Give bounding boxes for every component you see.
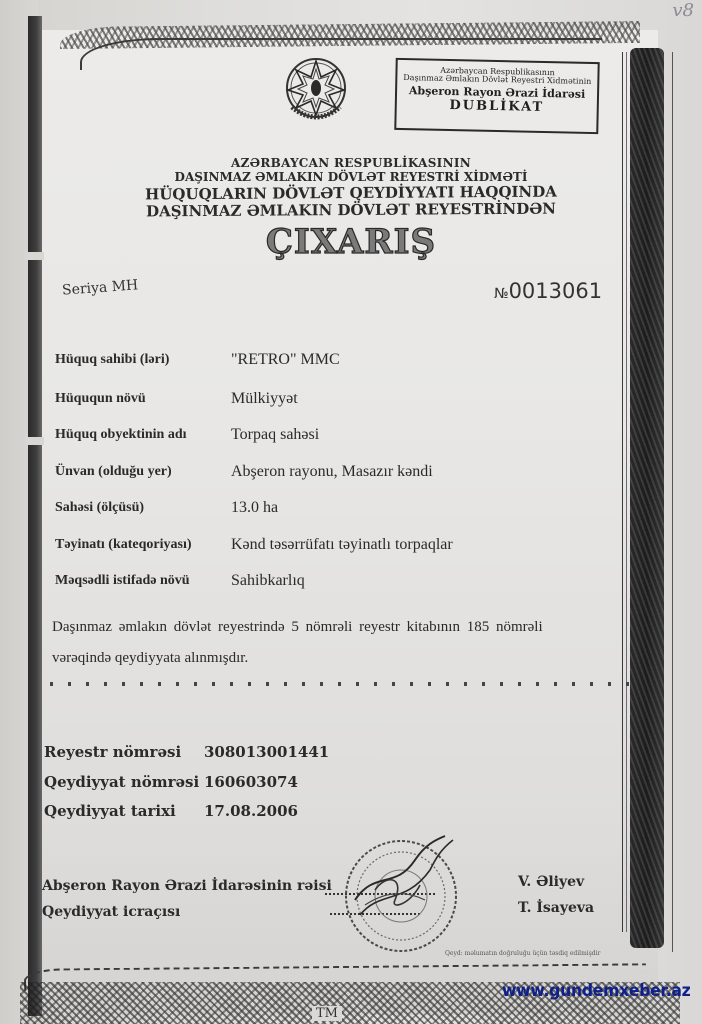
dotted-separator xyxy=(50,682,630,686)
registration-label: Qeydiyyat nömrəsi xyxy=(44,773,199,791)
registration-label: Qeydiyyat tarixi xyxy=(44,802,176,820)
field-label: Hüquq sahibi (ləri) xyxy=(55,352,169,368)
signatory-name: T. İsayeva xyxy=(518,900,594,916)
field-value: 13.0 ha xyxy=(231,499,278,517)
stamp-duplicate-label: DUBLİKAT xyxy=(397,98,597,116)
state-emblem-icon xyxy=(280,55,352,127)
field-value: Abşeron rayonu, Masazır kəndi xyxy=(231,463,433,481)
field-row: Ünvan (olduğu yer) Abşeron rayonu, Masaz… xyxy=(55,464,615,488)
field-value: Sahibkarlıq xyxy=(231,572,305,590)
field-row: Məqsədli istifadə növü Sahibkarlıq xyxy=(55,573,615,597)
signature-role: Qeydiyyat icraçısı xyxy=(42,904,180,920)
left-border-gap xyxy=(26,437,44,445)
field-value: "RETRO" MMC xyxy=(231,351,340,369)
field-row: Təyinatı (kateqoriyası) Kənd təsərrüfatı… xyxy=(55,537,615,561)
registration-value: 160603074 xyxy=(204,773,298,791)
registry-note-line-2: vərəqində qeydiyyata alınmışdır. xyxy=(52,650,632,667)
field-label: Təyinatı (kateqoriyası) xyxy=(55,537,192,553)
duplicate-stamp: Azərbaycan Respublikasının Daşınmaz Əmla… xyxy=(394,58,599,134)
field-value: Mülkiyyət xyxy=(231,390,298,408)
field-value: Kənd təsərrüfatı təyinatlı torpaqlar xyxy=(231,536,453,554)
source-watermark: www.gundemxeber.az xyxy=(502,981,690,1001)
registration-value: 17.08.2006 xyxy=(204,802,298,820)
signatory-name: V. Əliyev xyxy=(518,874,584,890)
document-title: ÇIXARIŞ xyxy=(0,222,702,262)
field-row: Sahəsi (ölçüsü) 13.0 ha xyxy=(55,500,615,524)
registry-note-line-1: Daşınmaz əmlakın dövlət reyestrində 5 nö… xyxy=(52,619,632,636)
number-sign: № xyxy=(494,286,509,302)
registration-value: 308013001441 xyxy=(204,743,329,761)
registration-row: Reyestr nömrəsi 308013001441 xyxy=(44,743,384,765)
header-line-1: AZƏRBAYCAN RESPUBLİKASININ xyxy=(0,156,702,170)
field-label: Hüquq obyektinin adı xyxy=(55,427,187,443)
field-label: Ünvan (olduğu yer) xyxy=(55,464,172,480)
official-seal-icon xyxy=(335,830,465,955)
field-label: Məqsədli istifadə növü xyxy=(55,573,190,589)
field-row: Hüququn növü Mülkiyyət xyxy=(55,391,615,415)
field-row: Hüquq obyektinin adı Torpaq sahəsi xyxy=(55,427,615,451)
field-value: Torpaq sahəsi xyxy=(231,426,319,444)
signature-role: Abşeron Rayon Ərazi İdarəsinin rəisi xyxy=(42,878,332,894)
handwritten-mark: v8 xyxy=(672,0,694,21)
trademark-label: TM xyxy=(312,1006,342,1021)
document-number: №0013061 xyxy=(494,279,602,303)
registration-row: Qeydiyyat tarixi 17.08.2006 xyxy=(44,802,384,824)
seal-caption: Qeyd: məlumatın doğruluğu üçün təsdiq ed… xyxy=(445,950,600,957)
field-label: Hüququn növü xyxy=(55,391,146,407)
number-value: 0013061 xyxy=(509,279,603,303)
field-row: Hüquq sahibi (ləri) "RETRO" MMC xyxy=(55,352,615,376)
registration-row: Qeydiyyat nömrəsi 160603074 xyxy=(44,773,384,795)
field-label: Sahəsi (ölçüsü) xyxy=(55,500,144,516)
registration-label: Reyestr nömrəsi xyxy=(44,743,181,761)
